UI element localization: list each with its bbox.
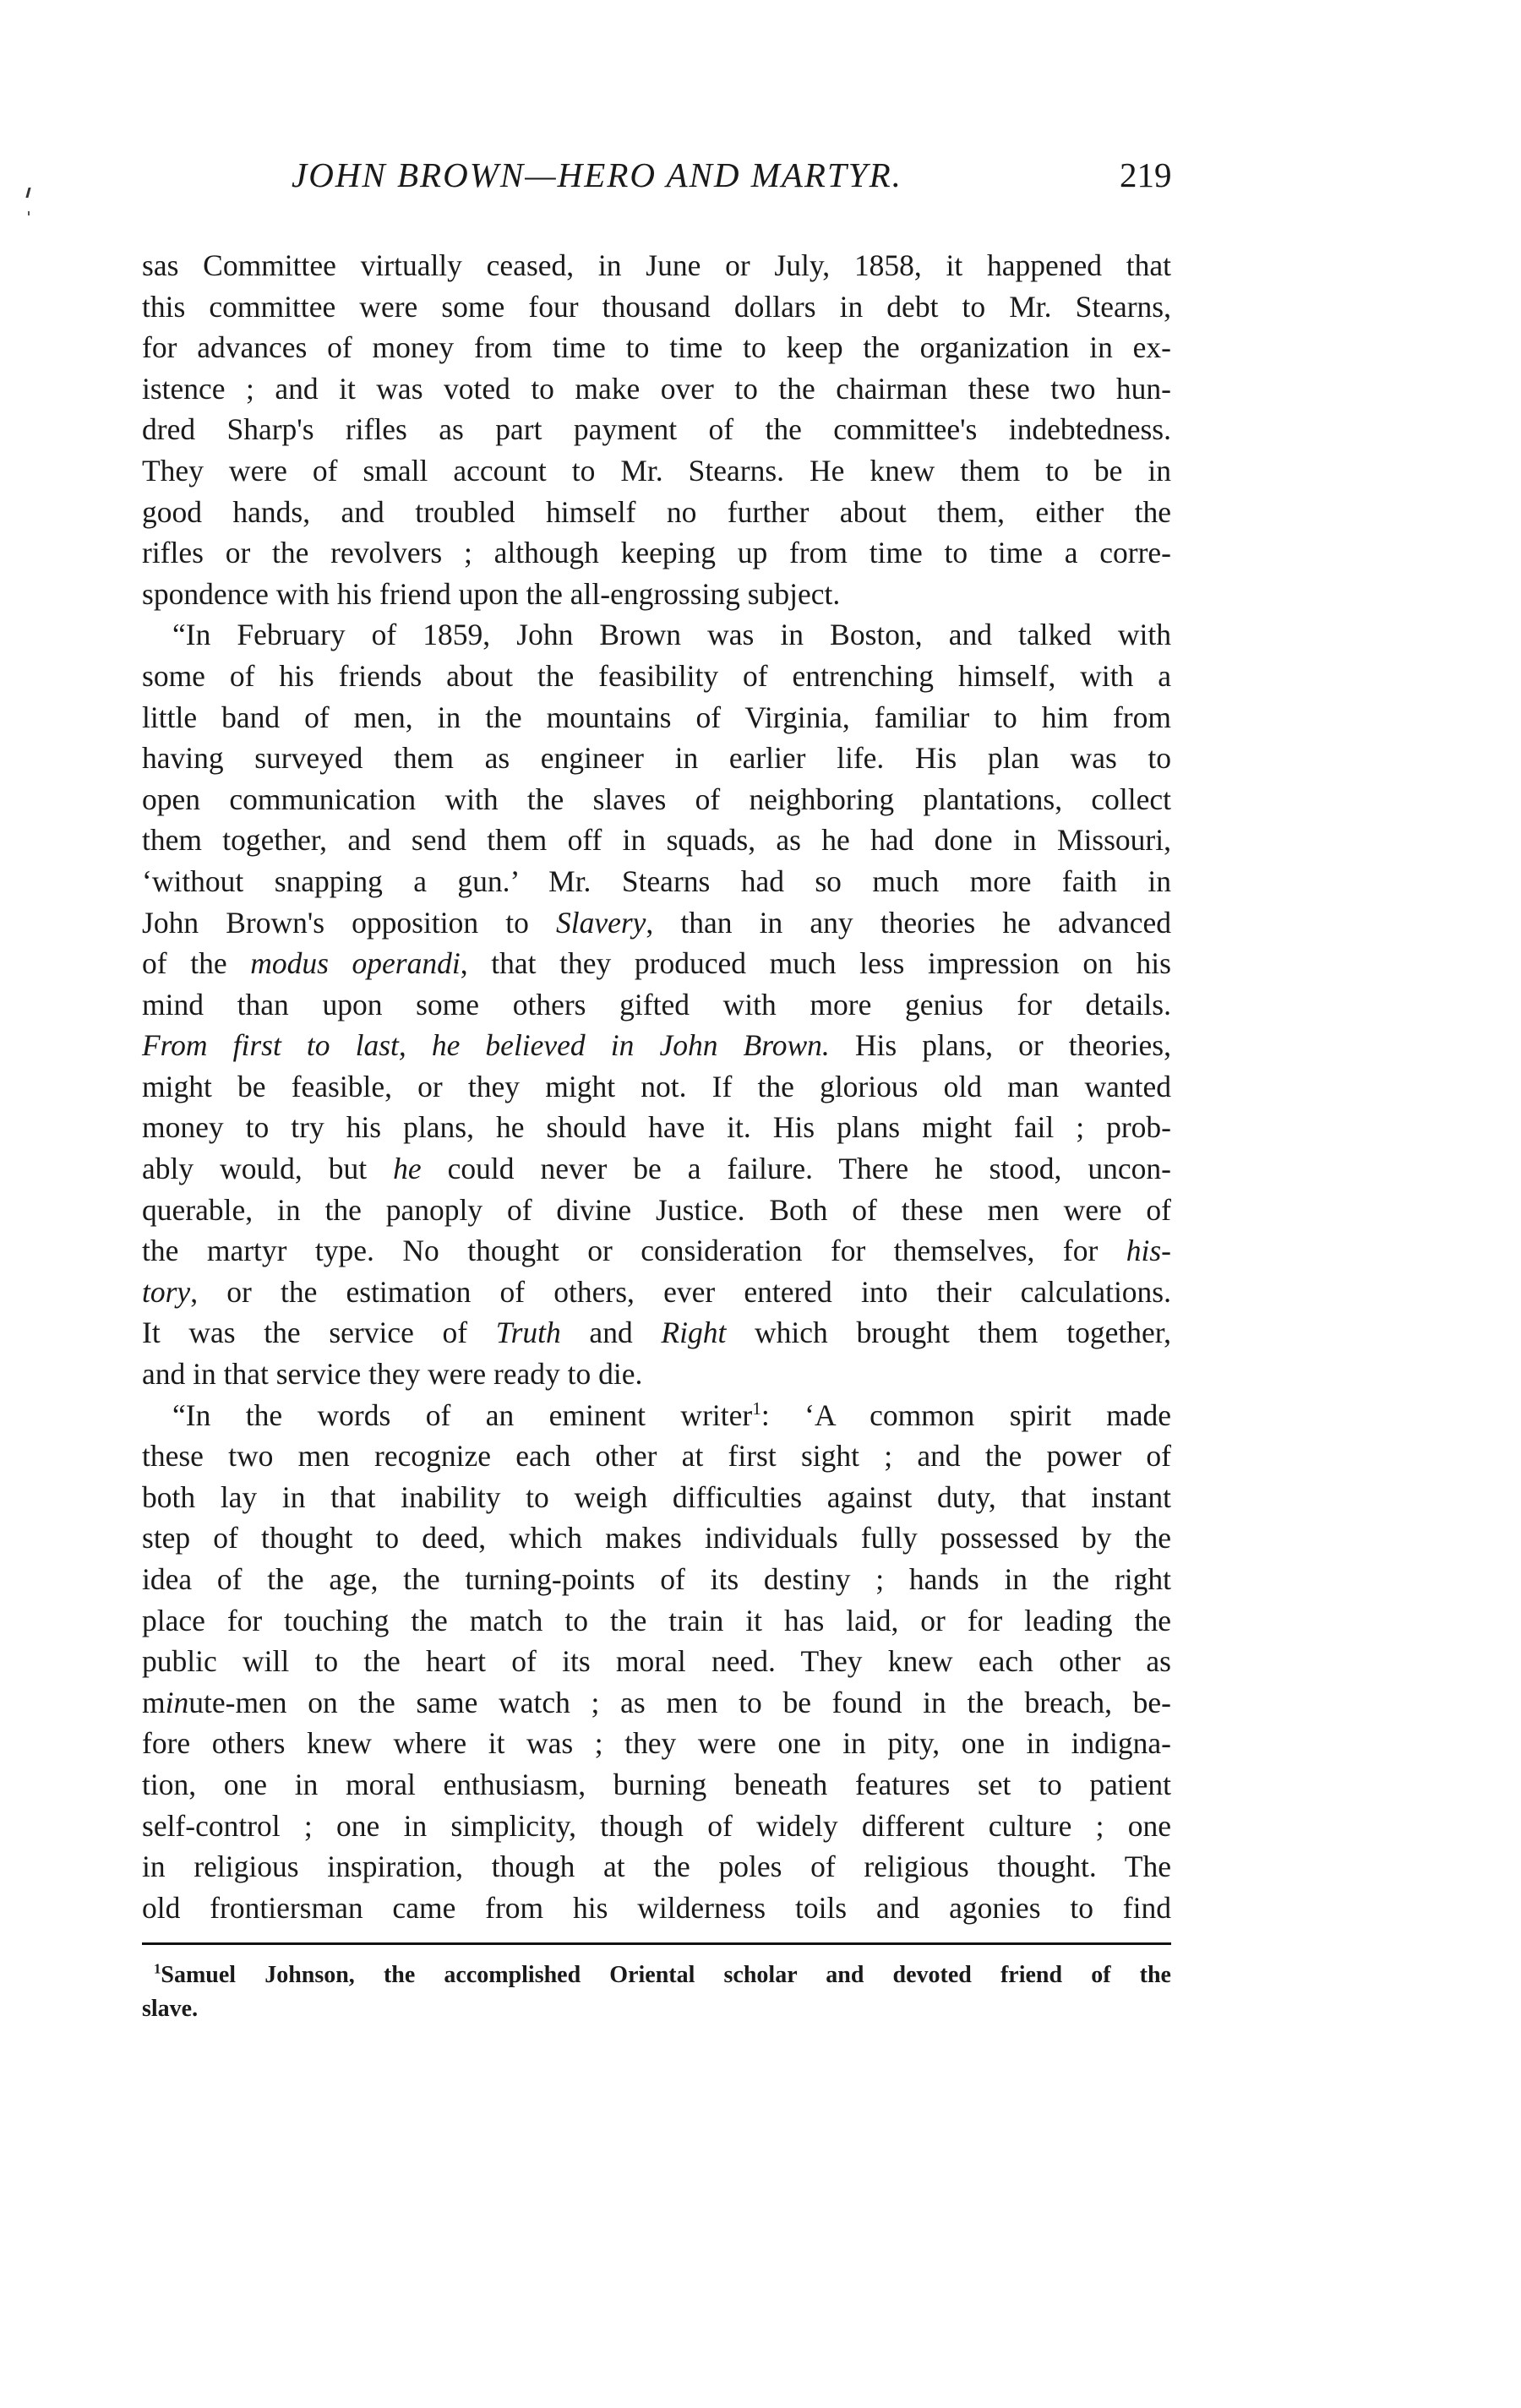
text-line: ably would, but he could never be a fail… [142,1148,1171,1190]
text-line: dred Sharp's rifles as part payment of t… [142,409,1171,450]
footnote-rule [142,1942,1171,1945]
text-line: From first to last, he believed in John … [142,1025,1171,1066]
body-text: sas Committee virtually ceased, in June … [142,245,1171,1928]
text-line: of the modus operandi, that they produce… [142,943,1171,984]
text-line: having surveyed them as engineer in earl… [142,738,1171,779]
text-line: money to try his plans, he should have i… [142,1107,1171,1148]
text-line: and in that service they were ready to d… [142,1354,1171,1395]
text-line: little band of men, in the mountains of … [142,697,1171,738]
text-line: istence ; and it was voted to make over … [142,368,1171,410]
text-line: self-control ; one in simplicity, though… [142,1806,1171,1847]
running-header: JOHN BROWN—HERO AND MARTYR. 219 [0,155,1521,205]
text-line: querable, in the panoply of divine Justi… [142,1190,1171,1231]
text-line: in religious inspiration, though at the … [142,1846,1171,1888]
text-line: fore others knew where it was ; they wer… [142,1723,1171,1764]
text-line: ‘without snapping a gun.’ Mr. Stearns ha… [142,861,1171,902]
text-line: minute-men on the same watch ; as men to… [142,1682,1171,1724]
text-line: spondence with his friend upon the all-e… [142,574,1171,615]
text-line: It was the service of Truth and Right wh… [142,1312,1171,1354]
page-number: 219 [1120,155,1172,195]
text-line: this committee were some four thousand d… [142,286,1171,328]
text-line: place for touching the match to the trai… [142,1600,1171,1642]
text-line: step of thought to deed, which makes ind… [142,1517,1171,1559]
text-line: John Brown's opposition to Slavery, than… [142,902,1171,944]
text-line: tory, or the estimation of others, ever … [142,1272,1171,1313]
text-line: them together, and send them off in squa… [142,820,1171,861]
footnote: 1Samuel Johnson, the accomplished Orient… [142,1959,1171,2026]
text-line: public will to the heart of its moral ne… [142,1641,1171,1682]
text-line: for advances of money from time to time … [142,327,1171,368]
text-line: They were of small account to Mr. Stearn… [142,450,1171,492]
text-line: mind than upon some others gifted with m… [142,984,1171,1026]
text-line: “In the words of an eminent writer1: ‘A … [142,1395,1171,1436]
text-line: good hands, and troubled himself no furt… [142,492,1171,533]
text-line: some of his friends about the feasibilit… [142,656,1171,697]
text-line: “In February of 1859, John Brown was in … [142,614,1171,656]
text-line: sas Committee virtually ceased, in June … [142,245,1171,286]
footnote-line: slave. [142,1992,1171,2026]
text-line: the martyr type. No thought or considera… [142,1230,1171,1272]
margin-mark [28,211,30,215]
running-title: JOHN BROWN—HERO AND MARTYR. [292,155,902,195]
text-line: idea of the age, the turning-points of i… [142,1559,1171,1600]
footnote-reference: 1 [752,1398,761,1419]
text-line: open communication with the slaves of ne… [142,779,1171,820]
footnote-line: 1Samuel Johnson, the accomplished Orient… [142,1959,1171,1992]
text-line: these two men recognize each other at fi… [142,1436,1171,1477]
text-line: old frontiersman came from his wildernes… [142,1888,1171,1929]
text-line: tion, one in moral enthusiasm, burning b… [142,1764,1171,1806]
text-line: both lay in that inability to weigh diff… [142,1477,1171,1518]
text-line: might be feasible, or they might not. If… [142,1066,1171,1108]
text-line: rifles or the revolvers ; although keepi… [142,532,1171,574]
